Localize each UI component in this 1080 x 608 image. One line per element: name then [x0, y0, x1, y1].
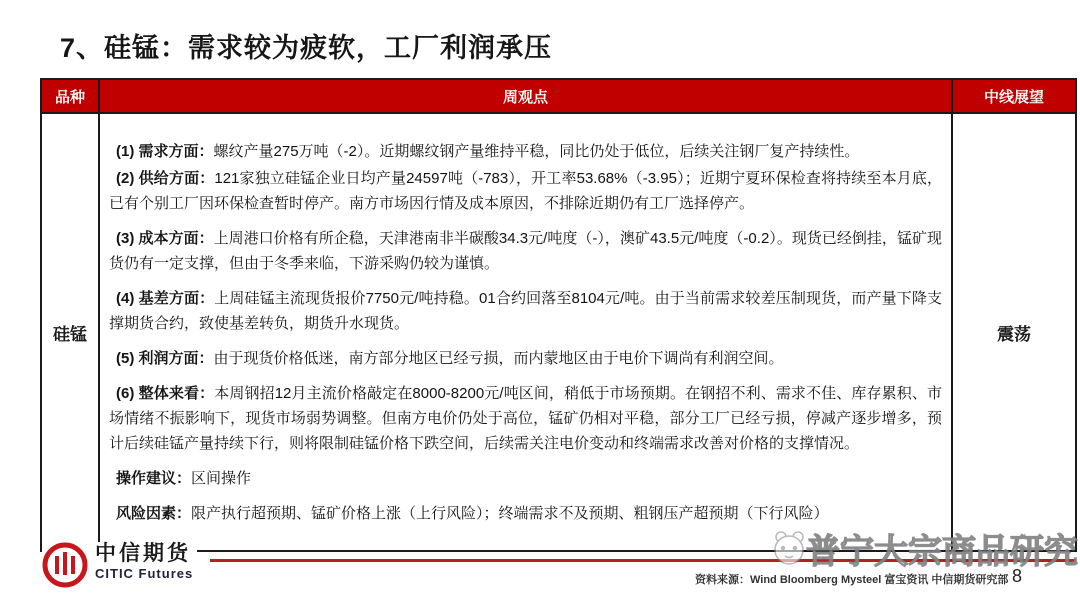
item-label: (5) 利润方面：	[116, 350, 214, 367]
item-label: (2) 供给方面：	[116, 170, 214, 187]
variety-cell: 硅锰	[42, 114, 100, 550]
week-view-item-basis: (4) 基差方面：上周硅锰主流现货报价7750元/吨持稳。01合约回落至8104…	[109, 286, 942, 336]
item-text: 由于现货价格低迷，南方部分地区已经亏损，而内蒙地区由于电价下调尚有利润空间。	[214, 350, 784, 367]
watermark-text: 普宁大宗商品研究	[806, 524, 1078, 573]
week-view-item-operation-advice: 操作建议：区间操作	[109, 466, 942, 491]
weekly-view-table: 品种 周观点 中线展望 硅锰 (1) 需求方面：螺纹产量275万吨（-2）。近期…	[40, 78, 1077, 552]
week-view-item-risk-factors: 风险因素：限产执行超预期、锰矿价格上涨（上行风险）；终端需求不及预期、粗钢压产超…	[109, 501, 942, 526]
data-source-note: 资料来源：Wind Bloomberg Mysteel 富宝资讯 中信期货研究部	[695, 571, 1008, 587]
item-text: 上周港口价格有所企稳，天津港南非半碳酸34.3元/吨度（-），澳矿43.5元/吨…	[109, 230, 942, 272]
item-label: 风险因素：	[116, 505, 191, 522]
item-label: (6) 整体来看：	[116, 385, 214, 402]
logo-text: 中信期货 CITIC Futures	[95, 542, 193, 581]
page-title: 7、硅锰：需求较为疲软，工厂利润承压	[60, 26, 552, 65]
outlook-cell: 震荡	[953, 114, 1075, 550]
logo-name-cn: 中信期货	[95, 542, 193, 566]
item-label: (3) 成本方面：	[116, 230, 214, 247]
item-text: 限产执行超预期、锰矿价格上涨（上行风险）；终端需求不及预期、粗钢压产超预期（下行…	[191, 505, 829, 522]
citic-futures-logo: 中信期货 CITIC Futures	[42, 542, 197, 593]
week-view-cell: (1) 需求方面：螺纹产量275万吨（-2）。近期螺纹钢产量维持平稳，同比仍处于…	[100, 114, 953, 550]
header-variety: 品种	[42, 80, 100, 112]
item-text: 上周硅锰主流现货报价7750元/吨持稳。01合约回落至8104元/吨。由于当前需…	[109, 290, 942, 332]
header-outlook: 中线展望	[953, 80, 1075, 112]
table-body-row: 硅锰 (1) 需求方面：螺纹产量275万吨（-2）。近期螺纹钢产量维持平稳，同比…	[42, 114, 1075, 550]
logo-name-en: CITIC Futures	[95, 566, 193, 581]
slide: 7、硅锰：需求较为疲软，工厂利润承压 品种 周观点 中线展望 硅锰 (1) 需求…	[0, 0, 1080, 608]
item-label: (1) 需求方面：	[116, 143, 214, 160]
item-text: 本周钢招12月主流价格敲定在8000-8200元/吨区间，稍低于市场预期。在钢招…	[109, 385, 942, 452]
item-text: 区间操作	[191, 470, 251, 487]
table-header-row: 品种 周观点 中线展望	[42, 80, 1075, 114]
watermark-panda-icon	[770, 528, 808, 575]
header-week-view: 周观点	[100, 80, 953, 112]
citic-emblem-icon	[42, 542, 88, 593]
week-view-item-supply: (2) 供给方面：121家独立硅锰企业日均产量24597吨（-783），开工率5…	[109, 166, 942, 216]
item-label: (4) 基差方面：	[116, 290, 214, 307]
item-text: 螺纹产量275万吨（-2）。近期螺纹钢产量维持平稳，同比仍处于低位，后续关注钢厂…	[214, 143, 860, 160]
week-view-item-overall: (6) 整体来看：本周钢招12月主流价格敲定在8000-8200元/吨区间，稍低…	[109, 381, 942, 456]
item-label: 操作建议：	[116, 470, 191, 487]
week-view-item-demand: (1) 需求方面：螺纹产量275万吨（-2）。近期螺纹钢产量维持平稳，同比仍处于…	[109, 139, 942, 164]
week-view-item-cost: (3) 成本方面：上周港口价格有所企稳，天津港南非半碳酸34.3元/吨度（-），…	[109, 226, 942, 276]
week-view-item-profit: (5) 利润方面：由于现货价格低迷，南方部分地区已经亏损，而内蒙地区由于电价下调…	[109, 346, 942, 371]
item-text: 121家独立硅锰企业日均产量24597吨（-783），开工率53.68%（-3.…	[109, 170, 942, 212]
